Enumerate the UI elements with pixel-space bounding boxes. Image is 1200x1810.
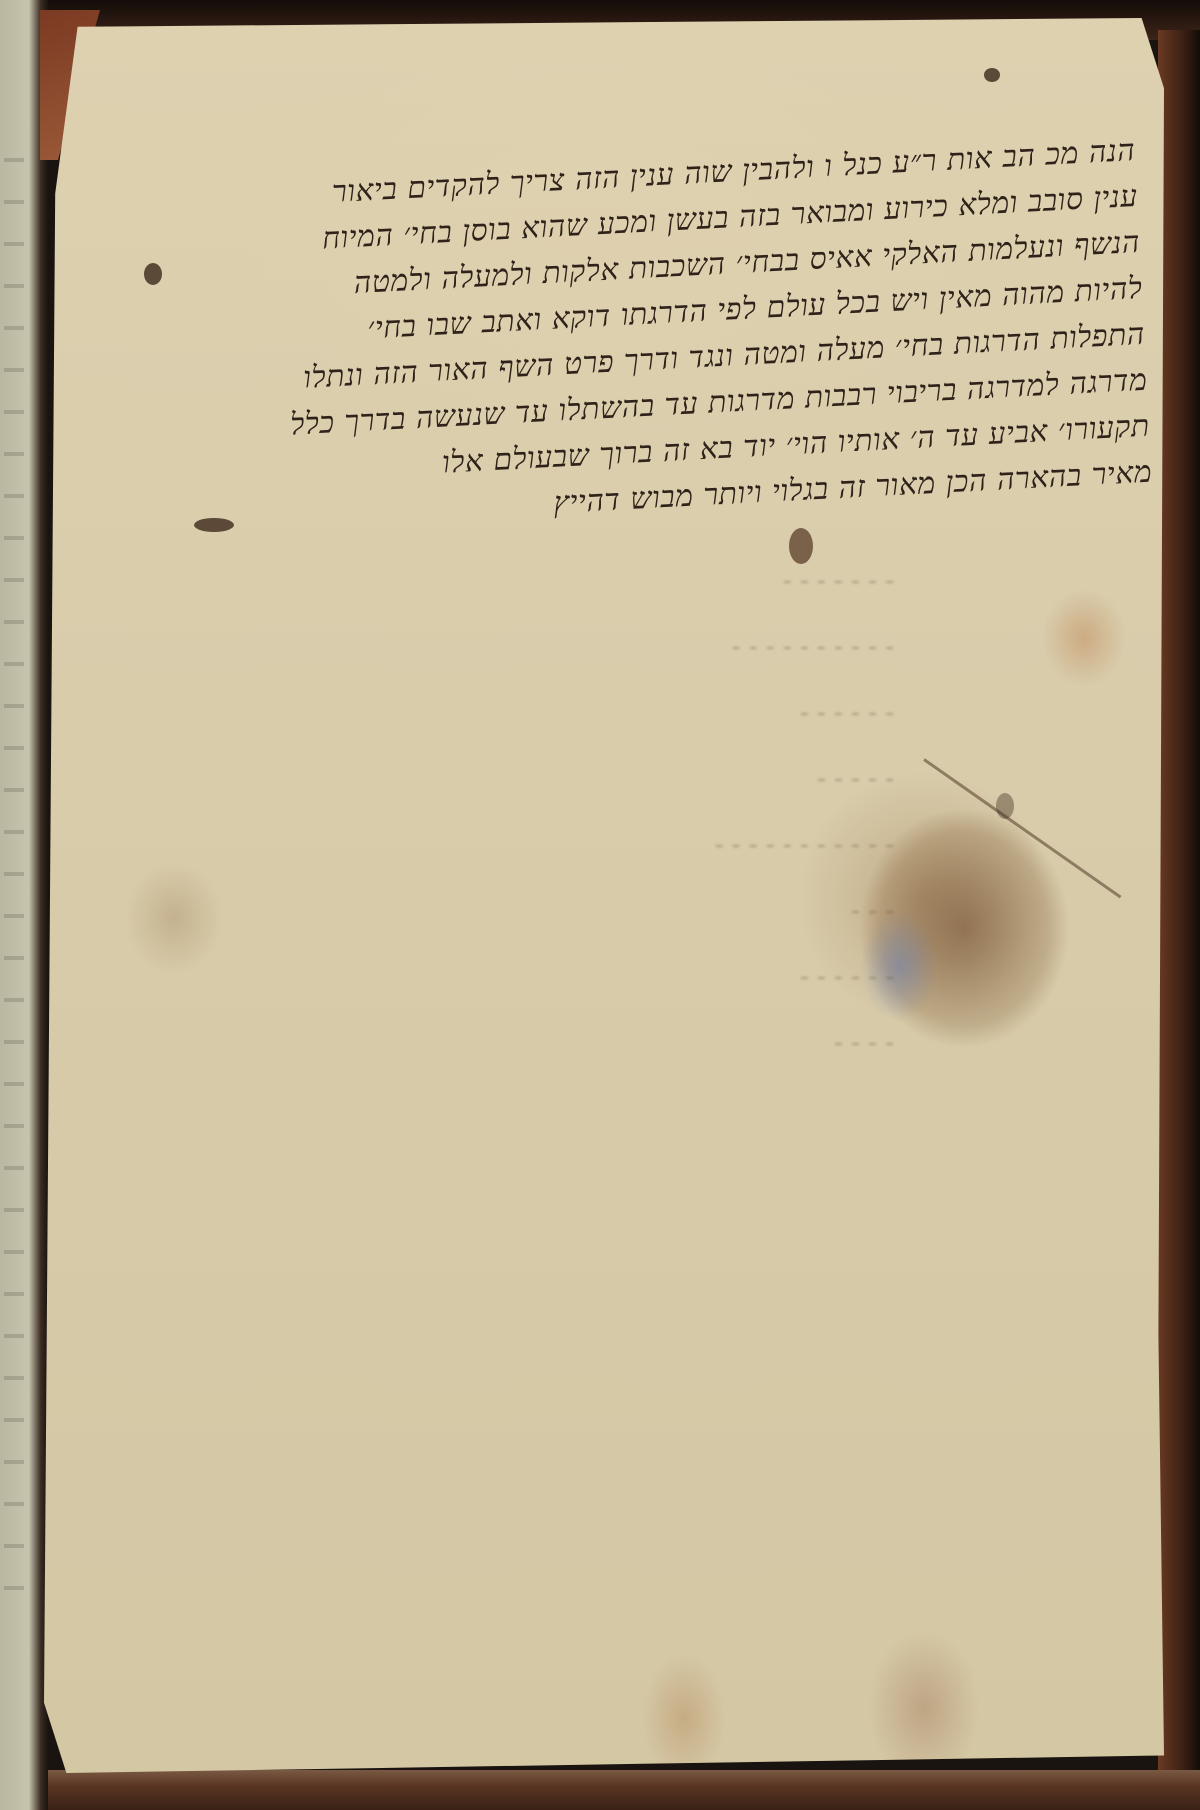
bleed-line: - - - - - - — [174, 680, 894, 746]
bleed-line: - - - - - — [174, 746, 894, 812]
bleed-line: - - - - - - — [174, 944, 894, 1010]
bleed-through-text: - - - - - - - - - - - - - - - - - - - - … — [174, 548, 894, 1076]
facing-page-edge — [0, 0, 48, 1810]
bleed-line: - - - — [174, 878, 894, 944]
ink-spot — [984, 68, 1000, 82]
ink-spot — [996, 793, 1014, 819]
bleed-line: - - - - - - - — [174, 548, 894, 614]
book-cover-bottom-edge — [40, 1770, 1200, 1810]
paper-crack — [923, 758, 1121, 898]
facing-page-text-fragments — [4, 120, 24, 1620]
handwritten-text-block: הנה מכ הב אות ר״ע כנל ו ולהבין שוה ענין … — [135, 128, 1153, 548]
manuscript-page: הנה מכ הב אות ר״ע כנל ו ולהבין שוה ענין … — [44, 18, 1164, 1773]
ink-spot — [144, 263, 162, 285]
bleed-line: - - - - - - - - - - — [174, 614, 894, 680]
bleed-line: - - - - - - - - - - - — [174, 812, 894, 878]
bleed-line: - - - - — [174, 1010, 894, 1076]
book-cover-right-edge — [1158, 30, 1200, 1810]
ink-spot — [789, 528, 813, 564]
ink-spot — [194, 518, 234, 532]
